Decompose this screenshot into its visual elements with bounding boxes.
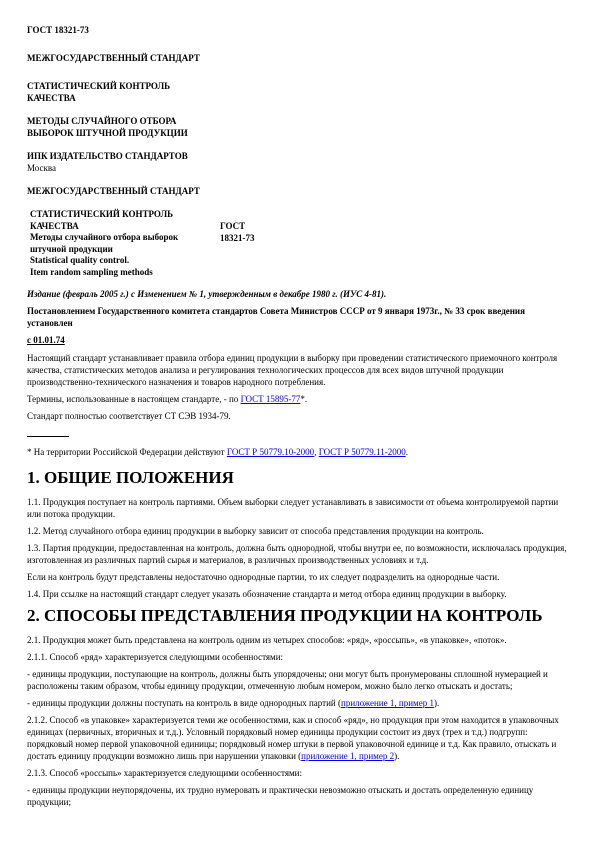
footnote-divider — [27, 436, 69, 437]
masthead-title: СТАТИСТИЧЕСКИЙ КОНТРОЛЬ КАЧЕСТВА — [27, 80, 568, 104]
terms-paragraph: Термины, использованные в настоящем стан… — [27, 393, 568, 405]
link-annex1-example1[interactable]: приложение 1, пример 1 — [341, 698, 434, 708]
standard-type-label: МЕЖГОСУДАРСТВЕННЫЙ СТАНДАРТ — [27, 52, 568, 64]
edition-note: Издание (февраль 2005 г.) с Изменением №… — [27, 288, 568, 300]
standard-type-label-repeat: МЕЖГОСУДАРСТВЕННЫЙ СТАНДАРТ — [27, 185, 568, 197]
link-annex1-example2[interactable]: приложение 1, пример 2 — [301, 751, 394, 761]
footnote-paragraph: * На территории Российской Федерации дей… — [27, 446, 568, 458]
link-gost-r-50779-10-2000[interactable]: ГОСТ Р 50779.10-2000 — [227, 447, 314, 457]
section-2-heading: 2. СПОСОБЫ ПРЕДСТАВЛЕНИЯ ПРОДУКЦИИ НА КО… — [27, 606, 568, 626]
paragraph-2-1-2: 2.1.2. Способ «в упаковке» характеризует… — [27, 714, 568, 762]
paragraph-1-3: 1.3. Партия продукции, предоставленная н… — [27, 542, 568, 566]
title-block-left: СТАТИСТИЧЕСКИЙ КОНТРОЛЬ КАЧЕСТВА Методы … — [30, 209, 220, 278]
publisher-city: Москва — [27, 162, 568, 174]
terms-text-after: *. — [300, 394, 307, 404]
bullet2-text-after: ). — [434, 698, 439, 708]
masthead-title-line1: СТАТИСТИЧЕСКИЙ КОНТРОЛЬ — [27, 80, 568, 92]
title-block: СТАТИСТИЧЕСКИЙ КОНТРОЛЬ КАЧЕСТВА Методы … — [27, 209, 568, 278]
scope-paragraph: Настоящий стандарт устанавливает правила… — [27, 352, 568, 388]
footnote-text-after: . — [406, 447, 408, 457]
link-gost-r-50779-11-2000[interactable]: ГОСТ Р 50779.11-2000 — [319, 447, 406, 457]
section-1-heading: 1. ОБЩИЕ ПОЛОЖЕНИЯ — [27, 468, 568, 488]
decree-text: Постановлением Государственного комитета… — [27, 305, 568, 329]
paragraph-1-4: 1.4. При ссылке на настоящий стандарт сл… — [27, 588, 568, 600]
paragraph-1-3-continued: Если на контроль будут представлены недо… — [27, 571, 568, 583]
masthead-subtitle: МЕТОДЫ СЛУЧАЙНОГО ОТБОРА ВЫБОРОК ШТУЧНОЙ… — [27, 115, 568, 139]
code-line2: 18321-73 — [220, 233, 255, 245]
title-en-line2: Item random sampling methods — [30, 267, 220, 279]
conformity-paragraph: Стандарт полностью соответствует СТ СЭВ … — [27, 410, 568, 422]
p212-text-before: 2.1.2. Способ «в упаковке» характеризует… — [27, 715, 559, 761]
effective-date: с 01.01.74 — [27, 334, 568, 346]
subtitle-ru-line2: штучной продукции — [30, 244, 220, 256]
paragraph-2-1: 2.1. Продукция может быть представлена н… — [27, 634, 568, 646]
title-ru: СТАТИСТИЧЕСКИЙ КОНТРОЛЬ КАЧЕСТВА — [30, 209, 220, 232]
masthead-subtitle-line2: ВЫБОРОК ШТУЧНОЙ ПРОДУКЦИИ — [27, 127, 568, 139]
document-page: { "colors": { "link": "#0000ee", "text":… — [0, 0, 595, 842]
title-block-code: ГОСТ 18321-73 — [220, 209, 255, 278]
link-gost-15895-77[interactable]: ГОСТ 15895-77 — [241, 394, 301, 404]
paragraph-1-1: 1.1. Продукция поступает на контроль пар… — [27, 496, 568, 520]
subtitle-ru-line1: Методы случайного отбора выборок — [30, 232, 220, 244]
title-en-line1: Statistical quality control. — [30, 255, 220, 267]
masthead-subtitle-line1: МЕТОДЫ СЛУЧАЙНОГО ОТБОРА — [27, 115, 568, 127]
footnote-text-before: * На территории Российской Федерации дей… — [27, 447, 227, 457]
bullet2-text-before: - единицы продукции должны поступать на … — [27, 698, 341, 708]
paragraph-2-1-1-bullet2: - единицы продукции должны поступать на … — [27, 697, 568, 709]
publisher-block: ИПК ИЗДАТЕЛЬСТВО СТАНДАРТОВ Москва — [27, 150, 568, 174]
paragraph-2-1-3: 2.1.3. Способ «россыпь» характеризуется … — [27, 767, 568, 779]
p212-text-after: ). — [394, 751, 399, 761]
paragraph-1-2: 1.2. Метод случайного отбора единиц прод… — [27, 525, 568, 537]
paragraph-2-1-3-bullet1: - единицы продукции неупорядочены, их тр… — [27, 784, 568, 808]
masthead-title-line2: КАЧЕСТВА — [27, 92, 568, 104]
code-line1: ГОСТ — [220, 221, 255, 233]
paragraph-2-1-1: 2.1.1. Способ «ряд» характеризуется след… — [27, 651, 568, 663]
paragraph-2-1-1-bullet1: - единицы продукции, поступающие на конт… — [27, 668, 568, 692]
doc-ref: ГОСТ 18321-73 — [27, 24, 568, 36]
terms-text-before: Термины, использованные в настоящем стан… — [27, 394, 241, 404]
publisher-name: ИПК ИЗДАТЕЛЬСТВО СТАНДАРТОВ — [27, 150, 568, 162]
